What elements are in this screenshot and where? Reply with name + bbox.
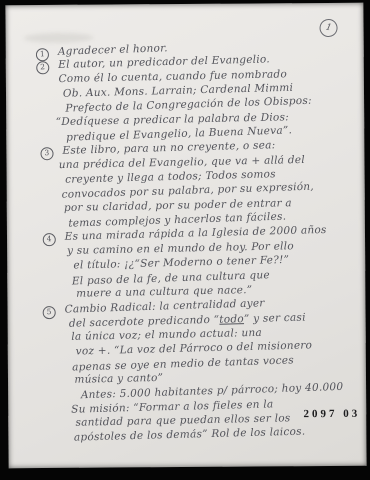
list-marker-circled: 5 [42, 306, 55, 319]
note-text: la única voz; el mundo actual: una [71, 327, 262, 343]
list-marker-circled: 2 [36, 61, 49, 74]
handwritten-note: 1Agradecer el honor. 2El autor, un predi… [6, 36, 370, 447]
page-number: 1 [325, 23, 333, 34]
underlined-word: todo [219, 313, 244, 326]
scanned-handwritten-page: 1 1Agradecer el honor. 2El autor, un pre… [5, 3, 366, 468]
list-marker-circled: 1 [36, 48, 49, 61]
note-text: Agradecer el honor. [58, 42, 168, 58]
list-marker-circled: 4 [43, 233, 56, 246]
paper-smudge [24, 33, 94, 43]
note-text: Como él lo cuenta, cuando fue nombrado [58, 68, 287, 85]
note-text: santidad para que puedan ellos ser los [75, 412, 290, 428]
note-text: ” y ser casi [244, 311, 306, 325]
note-text: y su camino en el mundo de hoy. Por ello [67, 240, 294, 257]
archive-stamp-number: 2097 03 [303, 408, 360, 420]
list-marker-circled: 3 [40, 147, 53, 160]
note-text: música y canto” [74, 372, 163, 386]
